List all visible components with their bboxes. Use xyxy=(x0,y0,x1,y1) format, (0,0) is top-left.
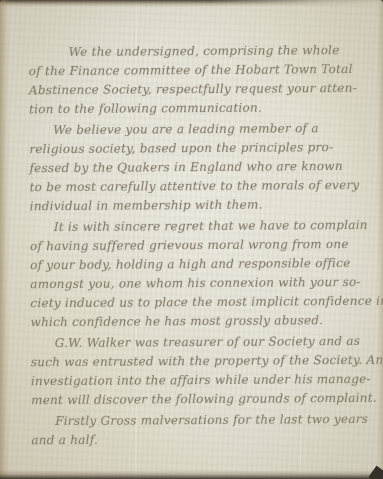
letter-line: which confidence he has most grossly abu… xyxy=(30,311,370,332)
letter-line: We believe you are a leading member of a xyxy=(29,119,369,140)
letter-paragraph: G.W. Walker was treasurer of our Society… xyxy=(31,332,372,410)
letter-line: of the Finance committee of the Hobart T… xyxy=(29,60,369,81)
letter-paragraph: It is with sincere regret that we have t… xyxy=(30,216,371,332)
letter-line: of having suffered grievous moral wrong … xyxy=(30,235,370,256)
letter-line: ciety induced us to place the most impli… xyxy=(30,292,370,313)
letter-line: of your body, holding a high and respons… xyxy=(30,254,370,275)
letter-line: fessed by the Quakers in England who are… xyxy=(29,157,369,178)
letter-line: Abstinence Society, respectfully request… xyxy=(29,79,369,100)
page-edge-bottom xyxy=(0,470,383,479)
letter-paragraph: We the undersigned, comprising the whole… xyxy=(29,41,370,119)
letter-page-scan: We the undersigned, comprising the whole… xyxy=(0,0,383,479)
page-edge-left xyxy=(0,0,10,479)
letter-line: religious society, based upon the princi… xyxy=(29,138,369,159)
letter-line: to be most carefully attentive to the mo… xyxy=(30,176,370,197)
letter-line: G.W. Walker was treasurer of our Society… xyxy=(31,332,371,353)
letter-line: investigation into the affairs while und… xyxy=(31,370,371,391)
letter-paragraph: Firstly Gross malversations for the last… xyxy=(31,410,371,450)
letter-line: and a half. xyxy=(31,429,371,450)
letter-line: such was entrusted with the property of … xyxy=(31,351,371,372)
letter-line: We the undersigned, comprising the whole xyxy=(29,41,369,62)
letter-line: ment will discover the following grounds… xyxy=(31,389,371,410)
page-edge-top xyxy=(0,0,383,7)
letter-line: amongst you, one whom his connexion with… xyxy=(30,273,370,294)
letter-line: It is with sincere regret that we have t… xyxy=(30,216,370,237)
letter-body: We the undersigned, comprising the whole… xyxy=(29,41,372,452)
letter-line: tion to the following communication. xyxy=(29,98,369,119)
page-edge-right xyxy=(377,0,383,479)
letter-paragraph: We believe you are a leading member of a… xyxy=(29,119,370,216)
letter-line: Firstly Gross malversations for the last… xyxy=(31,410,371,431)
letter-line: individual in membership with them. xyxy=(30,195,370,216)
